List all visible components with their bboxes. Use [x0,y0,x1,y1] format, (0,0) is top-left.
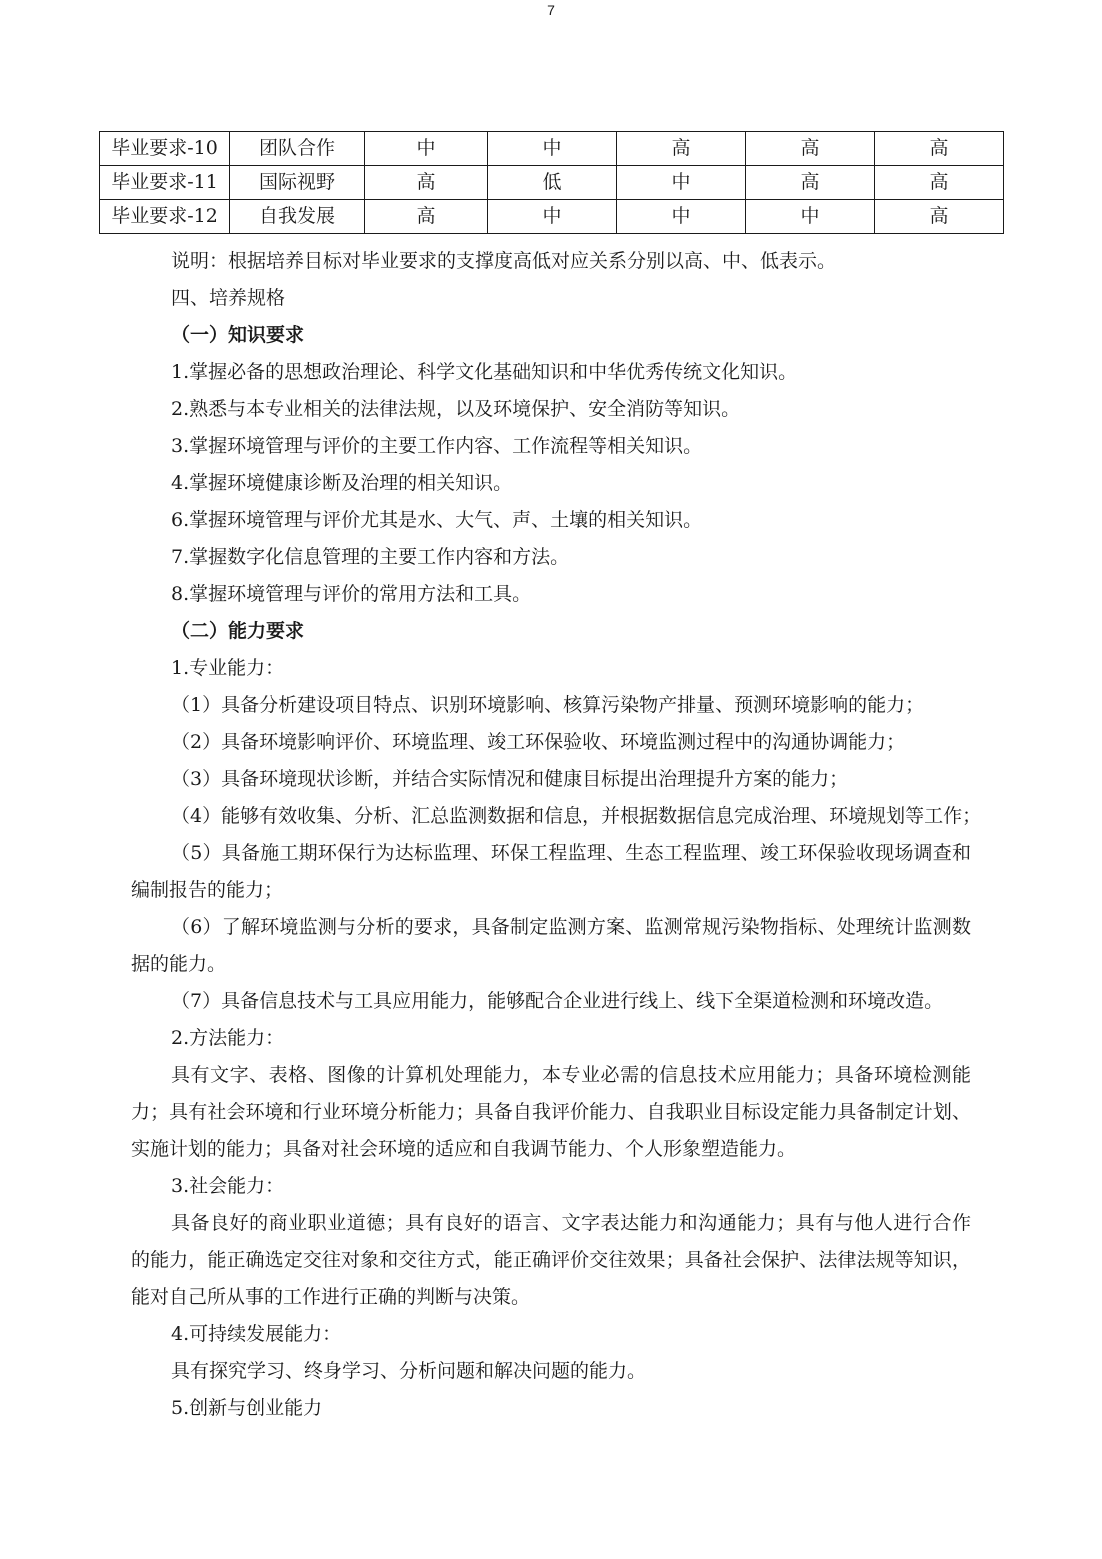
table-cell-value: 中 [365,132,488,166]
professional-item: （2）具备环境影响评价、环境监理、竣工环保验收、环境监测过程中的沟通协调能力； [171,730,905,754]
professional-item: （4）能够有效收集、分析、汇总监测数据和信息，并根据数据信息完成治理、环境规划等… [171,804,981,828]
social-paragraph-line: 的能力，能正确选定交往对象和交往方式，能正确评价交往效果；具备社会保护、法律法规… [131,1248,971,1272]
table-cell-value: 中 [488,200,617,234]
knowledge-item: 1.掌握必备的思想政治理论、科学文化基础知识和中华优秀传统文化知识。 [171,360,797,384]
knowledge-item: 8.掌握环境管理与评价的常用方法和工具。 [171,582,531,606]
social-paragraph-line: 能对自己所从事的工作进行正确的判断与决策。 [131,1285,530,1309]
knowledge-item: 7.掌握数字化信息管理的主要工作内容和方法。 [171,545,569,569]
ability-heading-method: 2.方法能力： [171,1026,284,1050]
table-cell-value: 高 [875,132,1004,166]
professional-item: （3）具备环境现状诊断，并结合实际情况和健康目标提出治理提升方案的能力； [171,767,848,791]
page-number: 7 [0,2,1102,18]
table-cell-value: 高 [617,132,746,166]
table-cell-requirement: 毕业要求-12 [100,200,230,234]
professional-item: （6）了解环境监测与分析的要求，具备制定监测方案、监测常规污染物指标、处理统计监… [171,915,971,939]
ability-heading-professional: 1.专业能力： [171,656,284,680]
ability-heading-innovation: 5.创新与创业能力 [171,1396,322,1420]
knowledge-item: 3.掌握环境管理与评价的主要工作内容、工作流程等相关知识。 [171,434,702,458]
professional-item-continued: 据的能力。 [131,952,226,976]
professional-item: （5）具备施工期环保行为达标监理、环保工程监理、生态工程监理、竣工环保验收现场调… [171,841,971,865]
social-paragraph-line: 具备良好的商业职业道德；具有良好的语言、文字表达能力和沟通能力；具有与他人进行合… [171,1211,971,1235]
table-cell-name: 团队合作 [230,132,365,166]
method-paragraph-line: 力；具有社会环境和行业环境分析能力；具备自我评价能力、自我职业目标设定能力具备制… [131,1100,971,1124]
subsection-title-knowledge: （一）知识要求 [171,323,304,347]
professional-item-continued: 编制报告的能力； [131,878,283,902]
table-cell-requirement: 毕业要求-11 [100,166,230,200]
table-cell-value: 高 [875,200,1004,234]
requirements-support-table: 毕业要求-10 团队合作 中 中 高 高 高 毕业要求-11 国际视野 高 低 … [99,131,1004,234]
knowledge-item: 2.熟悉与本专业相关的法律法规，以及环境保护、安全消防等知识。 [171,397,740,421]
knowledge-item: 6.掌握环境管理与评价尤其是水、大气、声、土壤的相关知识。 [171,508,702,532]
table-cell-value: 低 [488,166,617,200]
table-cell-name: 自我发展 [230,200,365,234]
subsection-title-ability: （二）能力要求 [171,619,304,643]
table-row: 毕业要求-11 国际视野 高 低 中 高 高 [100,166,1004,200]
ability-heading-sustainable: 4.可持续发展能力： [171,1322,341,1346]
table-cell-name: 国际视野 [230,166,365,200]
ability-heading-social: 3.社会能力： [171,1174,284,1198]
professional-item: （7）具备信息技术与工具应用能力，能够配合企业进行线上、线下全渠道检测和环境改造… [171,989,943,1013]
table-cell-value: 中 [617,200,746,234]
table-cell-value: 中 [488,132,617,166]
table-cell-value: 高 [746,166,875,200]
knowledge-item: 4.掌握环境健康诊断及治理的相关知识。 [171,471,512,495]
sustainable-paragraph-line: 具有探究学习、终身学习、分析问题和解决问题的能力。 [171,1359,646,1383]
section-title: 四、培养规格 [171,286,285,310]
table-cell-value: 中 [746,200,875,234]
professional-item: （1）具备分析建设项目特点、识别环境影响、核算污染物产排量、预测环境影响的能力； [171,693,924,717]
method-paragraph-line: 实施计划的能力；具备对社会环境的适应和自我调节能力、个人形象塑造能力。 [131,1137,796,1161]
table-cell-value: 高 [365,166,488,200]
table-cell-value: 中 [617,166,746,200]
method-paragraph-line: 具有文字、表格、图像的计算机处理能力，本专业必需的信息技术应用能力；具备环境检测… [171,1063,971,1087]
table-note: 说明：根据培养目标对毕业要求的支撑度高低对应关系分别以高、中、低表示。 [171,249,836,273]
table-cell-value: 高 [875,166,1004,200]
table-cell-value: 高 [746,132,875,166]
table-row: 毕业要求-10 团队合作 中 中 高 高 高 [100,132,1004,166]
table-cell-value: 高 [365,200,488,234]
table-cell-requirement: 毕业要求-10 [100,132,230,166]
table-row: 毕业要求-12 自我发展 高 中 中 中 高 [100,200,1004,234]
